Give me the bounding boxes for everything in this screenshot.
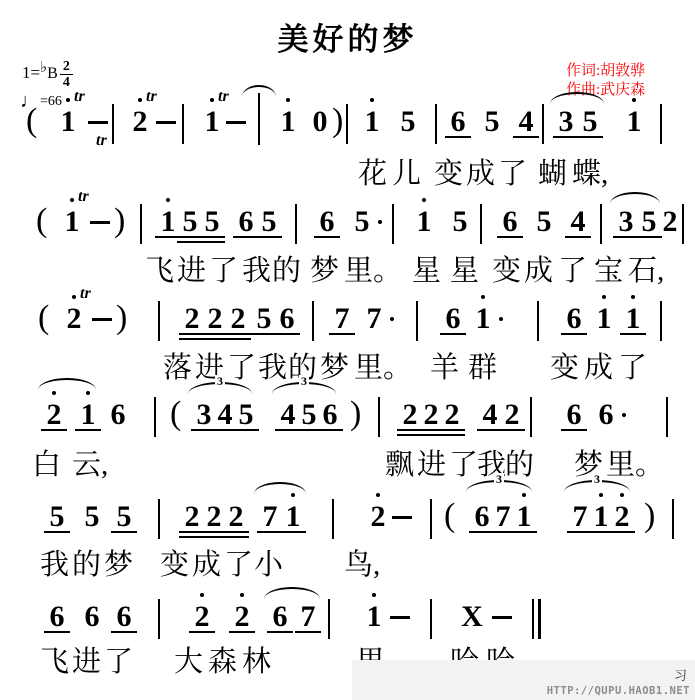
- barline: [537, 301, 539, 341]
- high-octave-dot: [200, 593, 204, 597]
- note-number: 6: [594, 398, 618, 432]
- lyric-syllable: 鸟,: [344, 549, 380, 581]
- parenthesis: ): [114, 202, 125, 240]
- barline: [430, 499, 432, 539]
- note-number: 2: [180, 500, 204, 534]
- lyric-syllable: 变: [160, 549, 189, 581]
- lyric-syllable: 变: [550, 352, 579, 384]
- high-octave-dot: [72, 295, 76, 299]
- barline: [392, 204, 394, 244]
- duration-dash: [390, 616, 410, 619]
- key-prefix: 1=: [22, 63, 40, 82]
- dot-after-note: [499, 317, 503, 321]
- triplet-number: 3: [299, 375, 309, 387]
- sheet-music-page: 美好的梦 1=♭B24 ♩=66 作词:胡敦骅 作曲:武庆森 (1trtr2tr…: [0, 0, 695, 700]
- lyric-syllable: 了: [104, 646, 133, 678]
- lyric-syllable: 白: [32, 449, 61, 481]
- final-barline-thick: [538, 599, 541, 639]
- note-number: 5: [252, 302, 276, 336]
- note-number: 5: [350, 205, 374, 239]
- barline: [158, 499, 160, 539]
- triplet-number: 3: [494, 473, 504, 485]
- lyric-syllable: 的: [272, 255, 301, 287]
- note-number: 2: [202, 500, 226, 534]
- final-barline-thin: [532, 599, 534, 639]
- note-number: 6: [498, 205, 522, 239]
- lyric-syllable: 了: [209, 255, 238, 287]
- note-number: 5: [80, 500, 104, 534]
- barline: [600, 204, 602, 244]
- lyric-syllable: 儿: [392, 158, 421, 190]
- note-number: 1: [56, 105, 80, 139]
- barline: [182, 104, 184, 144]
- barline: [672, 499, 674, 539]
- lyric-syllable: 蝴: [538, 158, 567, 190]
- underline: [44, 531, 70, 533]
- underline: [553, 136, 579, 138]
- note-number: 5: [578, 105, 602, 139]
- high-octave-dot: [166, 198, 170, 202]
- lyric-syllable: 森: [208, 646, 237, 678]
- underline: [497, 236, 523, 238]
- note-number: 5: [112, 500, 136, 534]
- barline: [154, 397, 156, 437]
- barline: [530, 397, 532, 437]
- note-number: 1: [592, 302, 616, 336]
- underline: [75, 429, 101, 431]
- tall-barline: [258, 93, 260, 145]
- lyric-syllable: 了: [558, 255, 587, 287]
- underline: [111, 531, 137, 533]
- underline: [229, 631, 255, 633]
- high-octave-dot: [52, 391, 56, 395]
- note-number: 1: [276, 105, 300, 139]
- underline: [314, 236, 340, 238]
- lyric-syllable: 花: [358, 158, 387, 190]
- slur-arc: 3: [466, 480, 532, 492]
- trill-mark: tr: [74, 89, 85, 105]
- lyric-syllable: 宝: [594, 255, 623, 287]
- high-octave-dot: [522, 493, 526, 497]
- lyric-syllable: 成: [192, 549, 221, 581]
- underline: [189, 631, 215, 633]
- lyricist-credit: 作词:胡敦骅: [566, 62, 645, 81]
- note-number: 7: [258, 500, 282, 534]
- underline: [561, 333, 587, 335]
- final-barline: [532, 599, 542, 639]
- meter-denominator: 4: [60, 75, 73, 90]
- barline: [660, 301, 662, 341]
- barline: [295, 204, 297, 244]
- lyric-syllable: 飘: [385, 449, 414, 481]
- slur-arc: 3: [564, 480, 630, 492]
- note-number: 1: [512, 500, 536, 534]
- note-number: 2: [658, 205, 682, 239]
- lyric-syllable: 群: [468, 352, 497, 384]
- underline: [199, 236, 225, 238]
- slur-arc: [610, 192, 660, 204]
- barline: [312, 301, 314, 341]
- high-octave-dot: [422, 198, 426, 202]
- parenthesis: ): [116, 299, 127, 337]
- note-number: 6: [80, 600, 104, 634]
- duration-dash: [392, 516, 412, 519]
- underline: [233, 429, 259, 431]
- underline: [225, 333, 251, 335]
- lyric-syllable: 了: [498, 158, 527, 190]
- meter-numerator: 2: [60, 59, 73, 75]
- slur-arc: [264, 587, 320, 599]
- underline: [565, 236, 591, 238]
- barline: [112, 104, 114, 144]
- underline: [41, 429, 67, 431]
- note-number: 5: [200, 205, 224, 239]
- barline: [480, 204, 482, 244]
- note-number: 2: [610, 500, 634, 534]
- lyric-syllable: 飞: [40, 646, 69, 678]
- underline: [499, 429, 525, 431]
- note-number: 1: [360, 105, 384, 139]
- note-number: 2: [226, 302, 250, 336]
- note-number: 2: [203, 302, 227, 336]
- high-octave-dot: [240, 593, 244, 597]
- watermark-band: 习 HTTP://QUPU.HAOB1.NET: [352, 660, 695, 700]
- duration-dash: [92, 318, 112, 321]
- note-number: 1: [622, 105, 646, 139]
- barline: [435, 104, 437, 144]
- barline: [158, 301, 160, 341]
- underline: [513, 136, 539, 138]
- song-title: 美好的梦: [0, 14, 695, 59]
- barline: [660, 104, 662, 144]
- note-number: 0: [308, 105, 332, 139]
- lyric-syllable: 了: [449, 449, 478, 481]
- time-signature: 24: [60, 59, 73, 90]
- note-number: 6: [45, 600, 69, 634]
- note-number: 2: [366, 500, 390, 534]
- lyric-syllable: 了: [618, 352, 647, 384]
- lyric-syllable: 变: [492, 255, 521, 287]
- barline: [158, 599, 160, 639]
- note-number: 5: [532, 205, 556, 239]
- note-number: 6: [441, 302, 465, 336]
- trill-mark: tr: [78, 189, 89, 205]
- note-number: 1: [621, 302, 645, 336]
- barline: [378, 397, 380, 437]
- note-number: 6: [106, 398, 130, 432]
- duration-dash: [90, 221, 110, 224]
- barline: [346, 104, 348, 144]
- triplet-number: 3: [592, 473, 602, 485]
- note-number: 5: [480, 105, 504, 139]
- lyric-syllable: 变: [434, 158, 463, 190]
- duration-dash: [492, 616, 512, 619]
- lyric-syllable: 云,: [72, 449, 108, 481]
- lyric-syllable: 成: [524, 255, 553, 287]
- parenthesis: ): [644, 497, 655, 535]
- high-octave-dot: [370, 98, 374, 102]
- note-number: 7: [296, 600, 320, 634]
- double-underline: [223, 536, 249, 538]
- lyric-syllable: 蝶,: [572, 158, 608, 190]
- high-octave-dot: [602, 295, 606, 299]
- lyric-syllable: 林: [242, 646, 271, 678]
- underline: [561, 429, 587, 431]
- high-octave-dot: [70, 198, 74, 202]
- note-number: 1: [156, 205, 180, 239]
- lyric-syllable: 我: [258, 352, 287, 384]
- lyric-syllable: 石,: [628, 255, 664, 287]
- high-octave-dot: [632, 98, 636, 102]
- note-number: 7: [330, 302, 354, 336]
- note-number: X: [460, 600, 484, 634]
- lyric-syllable: 落: [163, 352, 192, 384]
- double-underline: [199, 241, 225, 243]
- high-octave-dot: [286, 98, 290, 102]
- note-number: 7: [362, 302, 386, 336]
- high-octave-dot: [210, 98, 214, 102]
- lyric-syllable: 梦: [320, 352, 349, 384]
- note-number: 4: [514, 105, 538, 139]
- duration-dash: [156, 121, 176, 124]
- underline: [44, 631, 70, 633]
- underline: [256, 236, 282, 238]
- note-number: 6: [315, 205, 339, 239]
- dot-after-note: [390, 317, 394, 321]
- high-octave-dot: [631, 295, 635, 299]
- double-underline: [439, 434, 465, 436]
- high-octave-dot: [376, 493, 380, 497]
- lyric-syllable: 羊: [430, 352, 459, 384]
- lyric-syllable: 进: [177, 255, 206, 287]
- lyric-syllable: 里。: [344, 255, 402, 287]
- lyric-syllable: 飞: [145, 255, 174, 287]
- double-underline: [225, 338, 251, 340]
- note-number: 6: [268, 600, 292, 634]
- lyric-syllable: 里。: [606, 449, 664, 481]
- watermark-character: 习: [674, 665, 687, 684]
- lyric-syllable: 成: [584, 352, 613, 384]
- note-number: 1: [60, 205, 84, 239]
- duration-dash: [88, 121, 108, 124]
- note-number: 2: [42, 398, 66, 432]
- note-number: 6: [234, 205, 258, 239]
- note-number: 2: [62, 302, 86, 336]
- note-number: 5: [396, 105, 420, 139]
- lyric-syllable: 的: [72, 549, 101, 581]
- barline: [542, 104, 544, 144]
- high-octave-dot: [66, 98, 70, 102]
- lyric-syllable: 小: [254, 549, 283, 581]
- note-number: 2: [224, 500, 248, 534]
- note-number: 5: [178, 205, 202, 239]
- note-number: 4: [566, 205, 590, 239]
- note-number: 2: [440, 398, 464, 432]
- note-number: 6: [112, 600, 136, 634]
- trill-mark: tr: [80, 286, 91, 302]
- key-letter: B: [47, 65, 58, 82]
- note-number: 1: [362, 600, 386, 634]
- lyric-syllable: 大: [174, 646, 203, 678]
- underline: [317, 429, 343, 431]
- note-number: 1: [200, 105, 224, 139]
- trill-mark: tr: [218, 89, 229, 105]
- lyric-syllable: 了: [227, 352, 256, 384]
- note-number: 2: [500, 398, 524, 432]
- note-number: 5: [257, 205, 281, 239]
- high-octave-dot: [372, 593, 376, 597]
- high-octave-dot: [481, 295, 485, 299]
- parenthesis: ): [332, 102, 343, 140]
- underline: [577, 136, 603, 138]
- underline: [223, 531, 249, 533]
- underline: [439, 429, 465, 431]
- barline: [332, 499, 334, 539]
- high-octave-dot: [620, 493, 624, 497]
- note-number: 1: [471, 302, 495, 336]
- trill-mark: tr: [96, 133, 107, 149]
- lyric-syllable: 星: [412, 255, 441, 287]
- underline: [445, 136, 471, 138]
- high-octave-dot: [138, 98, 142, 102]
- barline: [666, 397, 668, 437]
- note-number: 2: [230, 600, 254, 634]
- parenthesis: ): [350, 395, 361, 433]
- lyric-syllable: 了: [224, 549, 253, 581]
- note-number: 3: [554, 105, 578, 139]
- parenthesis: (: [36, 202, 47, 240]
- underline: [620, 333, 646, 335]
- note-number: 6: [562, 398, 586, 432]
- note-number: 6: [562, 302, 586, 336]
- lyric-syllable: 进: [72, 646, 101, 678]
- parenthesis: (: [444, 497, 455, 535]
- underline: [295, 631, 321, 633]
- underline: [511, 531, 537, 533]
- barline: [140, 204, 142, 244]
- note-number: 6: [275, 302, 299, 336]
- note-number: 1: [281, 500, 305, 534]
- barline: [430, 599, 432, 639]
- underline: [440, 333, 466, 335]
- underline: [267, 631, 293, 633]
- key-signature: 1=♭B24: [22, 58, 73, 90]
- note-number: 1: [412, 205, 436, 239]
- dot-after-note: [622, 413, 626, 417]
- parenthesis: (: [38, 299, 49, 337]
- note-number: 2: [190, 600, 214, 634]
- lyric-syllable: 成: [466, 158, 495, 190]
- triplet-number: 3: [215, 375, 225, 387]
- note-number: 6: [446, 105, 470, 139]
- lyric-syllable: 我: [40, 549, 69, 581]
- duration-dash: [226, 121, 246, 124]
- slur-arc: [38, 378, 96, 390]
- underline: [329, 333, 355, 335]
- barline: [682, 204, 684, 244]
- underline: [609, 531, 635, 533]
- watermark-url: HTTP://QUPU.HAOB1.NET: [547, 685, 690, 697]
- lyric-syllable: 梦: [104, 549, 133, 581]
- note-number: 1: [76, 398, 100, 432]
- trill-mark: tr: [146, 89, 157, 105]
- slur-arc: [254, 482, 306, 494]
- lyric-syllable: 进: [417, 449, 446, 481]
- dot-after-note: [378, 220, 382, 224]
- lyric-syllable: 梦: [310, 255, 339, 287]
- barline: [416, 301, 418, 341]
- note-number: 2: [128, 105, 152, 139]
- parenthesis: (: [26, 102, 37, 140]
- underline: [274, 333, 300, 335]
- lyric-syllable: 星: [450, 255, 479, 287]
- note-number: 3: [614, 205, 638, 239]
- lyric-syllable: 我: [242, 255, 271, 287]
- note-number: 2: [180, 302, 204, 336]
- note-number: 5: [234, 398, 258, 432]
- note-number: 5: [448, 205, 472, 239]
- parenthesis: (: [170, 395, 181, 433]
- underline: [111, 631, 137, 633]
- barline: [328, 599, 330, 639]
- underline: [280, 531, 306, 533]
- lyric-syllable: 里。: [354, 352, 412, 384]
- note-number: 6: [318, 398, 342, 432]
- note-number: 4: [478, 398, 502, 432]
- lyric-syllable: 的: [505, 449, 534, 481]
- note-number: 5: [45, 500, 69, 534]
- high-octave-dot: [86, 391, 90, 395]
- high-octave-dot: [599, 493, 603, 497]
